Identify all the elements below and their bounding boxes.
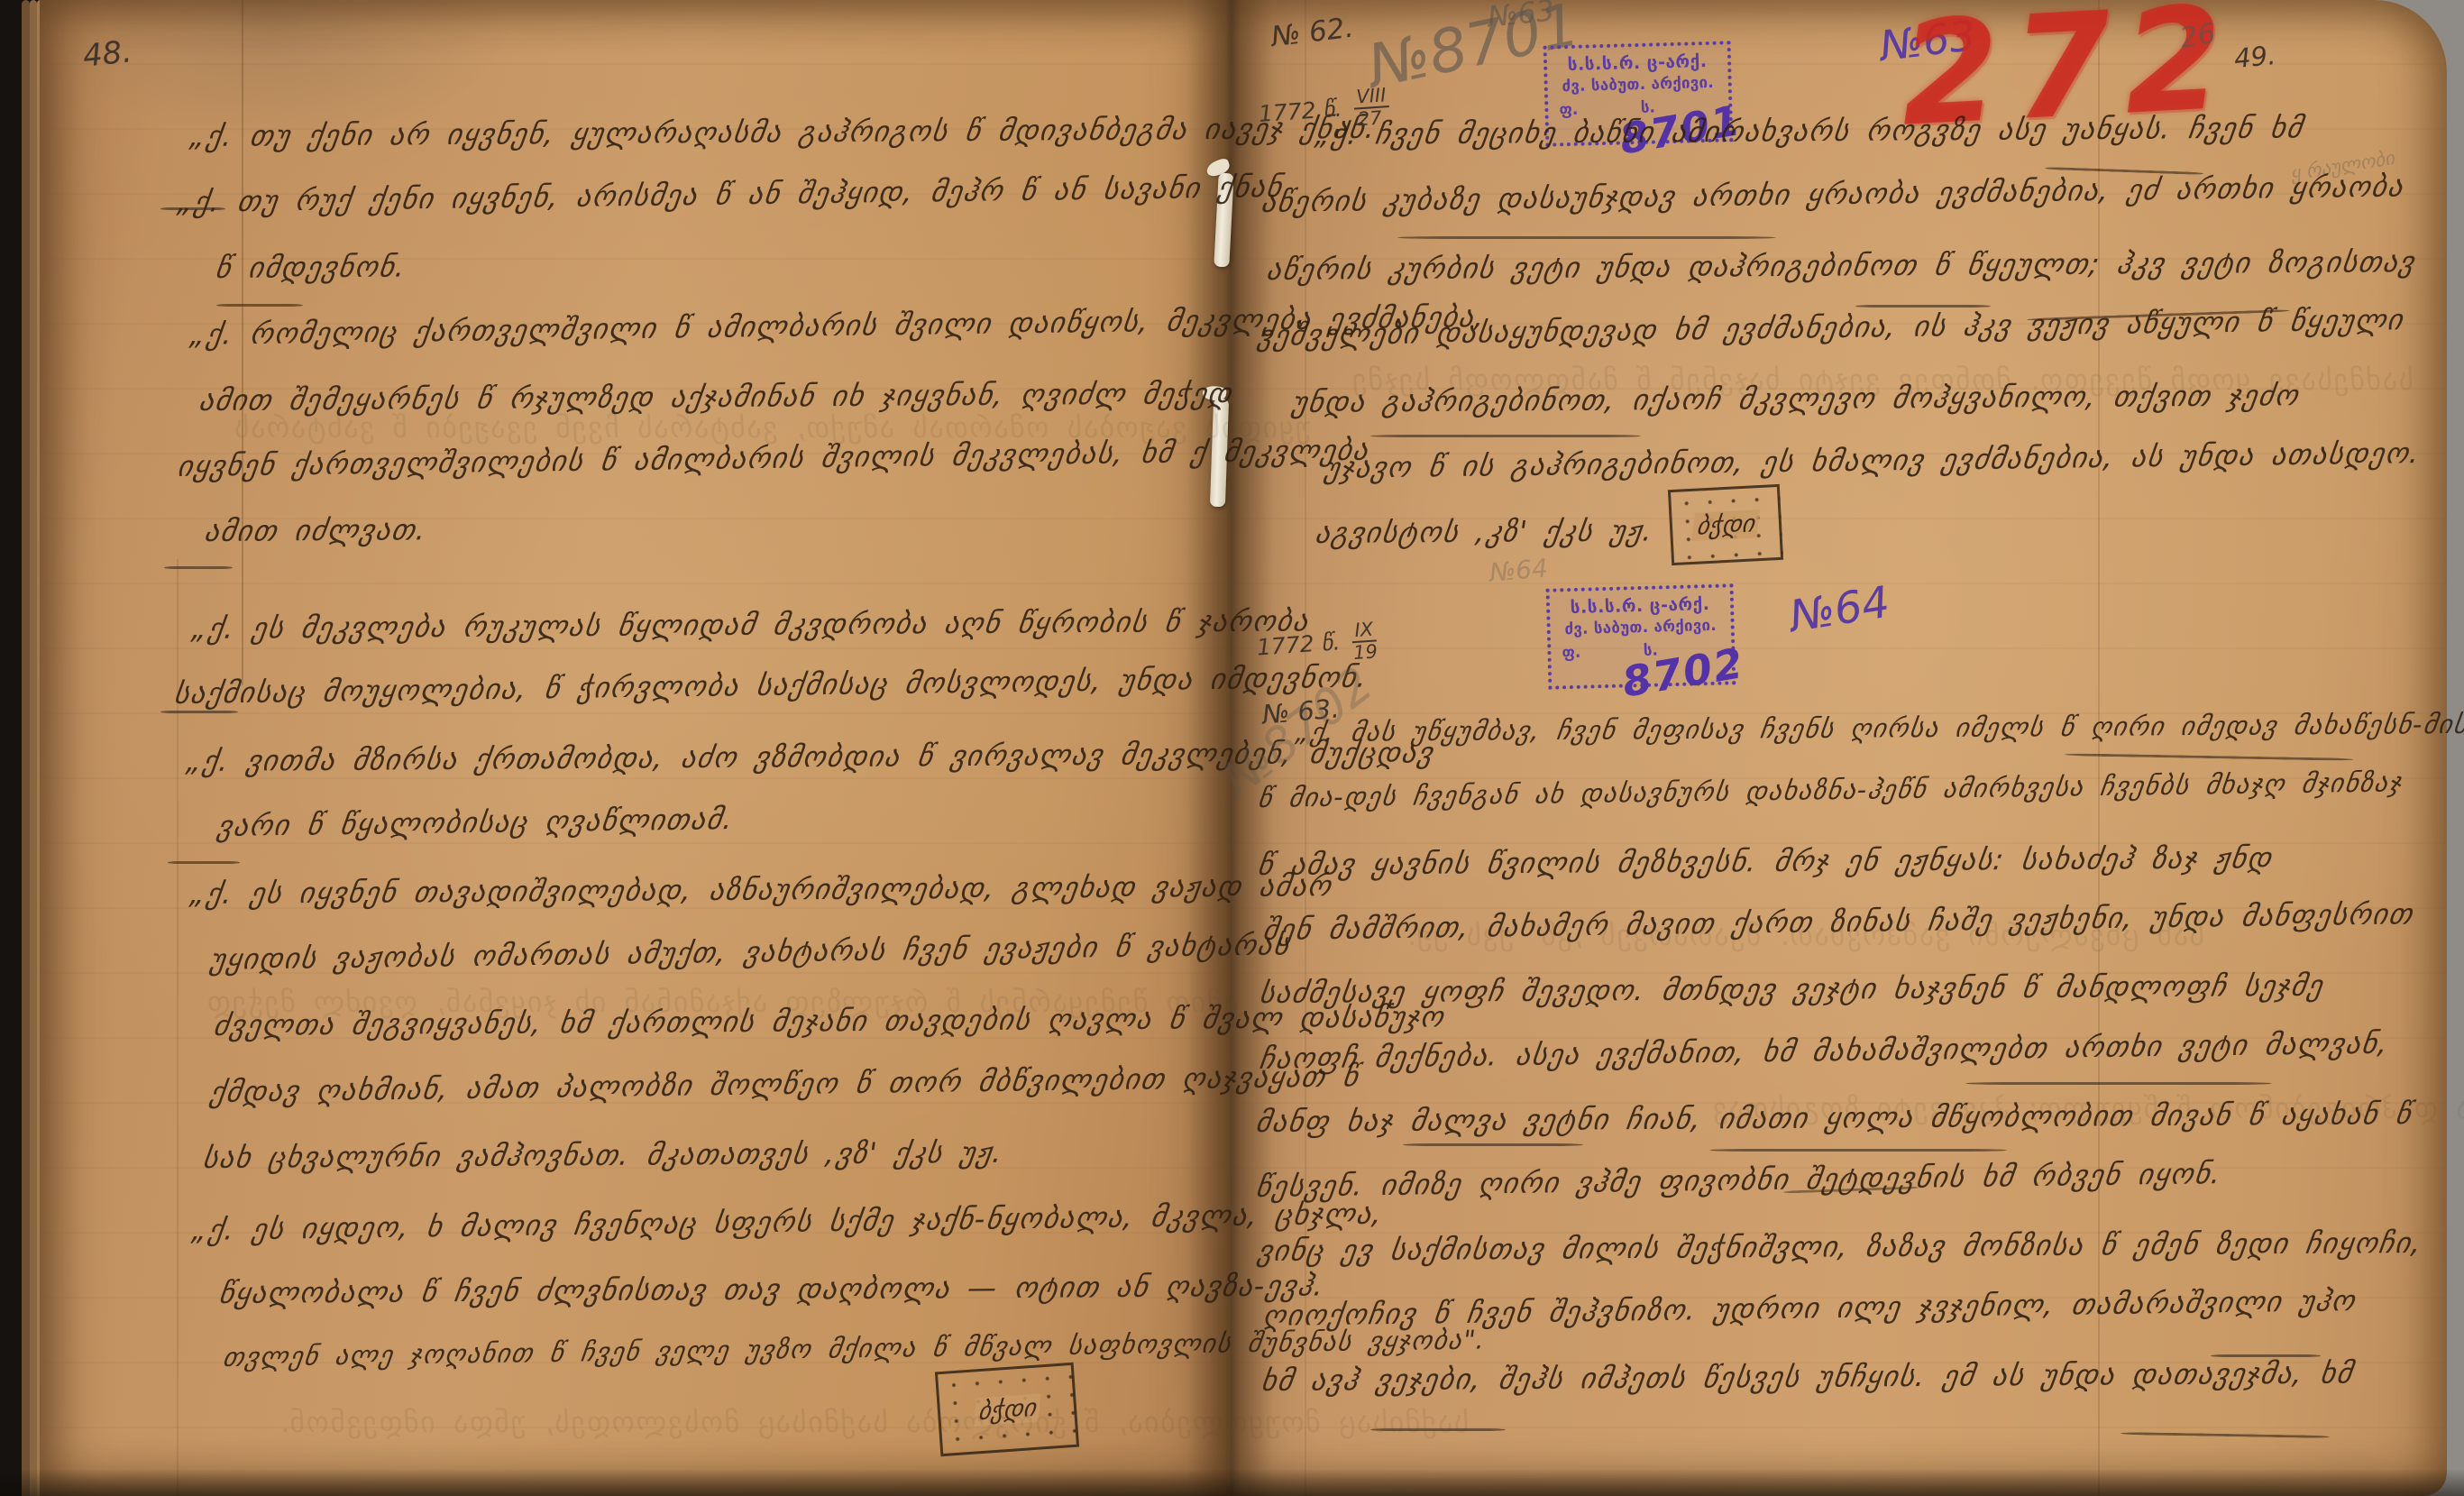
stamp-line1: ს.ს.ს.რ. ც-არქ. bbox=[1553, 51, 1723, 76]
seal-drawing: ბჭდი bbox=[1668, 484, 1783, 565]
handwritten-line: წ იმდევნონ. bbox=[213, 250, 408, 285]
folio-number-pencil: 26 bbox=[2177, 17, 2218, 55]
stamp-line1: ს.ს.ს.რ. ც-არქ. bbox=[1555, 594, 1726, 619]
underline-mark bbox=[1403, 1143, 1583, 1146]
date-month: IX bbox=[1351, 620, 1377, 643]
date-day: 19 bbox=[1352, 641, 1378, 663]
scan-bottom-shadow bbox=[0, 1469, 2464, 1496]
underline-mark bbox=[2211, 1354, 2321, 1357]
handwritten-line: აგვისტოს ,კზ' ქკს უჟ. bbox=[1313, 513, 1656, 550]
date-year: 1772 წ. bbox=[1256, 629, 1341, 660]
seal-label: ბჭდი bbox=[973, 1393, 1040, 1426]
page-number-right: 49. bbox=[2233, 40, 2277, 74]
stamp-fond-label: ფ. bbox=[1562, 644, 1580, 663]
underline-mark bbox=[160, 207, 225, 210]
underline-mark bbox=[168, 861, 240, 864]
seal-label: ბჭდი bbox=[1691, 509, 1760, 540]
underline-mark bbox=[164, 566, 233, 569]
page-number-left: 48. bbox=[81, 33, 133, 74]
seal-drawing: ბჭდი bbox=[935, 1363, 1079, 1457]
folio-number-pencil: №64 bbox=[1488, 553, 1549, 588]
handwritten-line: სახ ცხვალურნი ვამჰოვნათ. მკათათვეს ,ვზ' … bbox=[200, 1135, 1006, 1175]
stamp-line2: ძვ. საბუთ. არქივი. bbox=[1556, 617, 1726, 639]
handwritten-line: ამით იძლვათ. bbox=[202, 512, 429, 548]
underline-mark bbox=[1855, 305, 1991, 307]
handwritten-line: „ქ. ჩვენ მეციხე ბაწნი ამირახვარს როგვზე … bbox=[1313, 110, 2306, 151]
page-edge-strip bbox=[30, 0, 37, 1496]
fold-crease bbox=[2098, 0, 2100, 1496]
underline-mark bbox=[1965, 1082, 2272, 1085]
underline-mark bbox=[160, 711, 238, 713]
stamp-line2: ძვ. საბუთ. არქივი. bbox=[1553, 74, 1723, 96]
underline-mark bbox=[1370, 1428, 1506, 1431]
handwritten-line: უნდა გაჰრიგებინოთ, იქაოჩ მკვლევო მოჰყვან… bbox=[1289, 378, 2302, 419]
date-annotation: 1772 წ. IX 19 bbox=[1256, 620, 1379, 669]
handwritten-line: წ ამავ ყავნის წვილის მეზხვესნ. მრჯ ენ ეჟ… bbox=[1255, 840, 2275, 882]
handwritten-line: ვარი წ წყალობისაც ღვაწლითამ. bbox=[215, 802, 737, 843]
underline-mark bbox=[1397, 236, 1776, 239]
underline-mark bbox=[216, 304, 303, 307]
archive-stamp: ს.ს.ს.რ. ც-არქ. ძვ. საბუთ. არქივი. ფ. ს.… bbox=[1546, 583, 1736, 689]
page-edge-strip bbox=[22, 0, 30, 1496]
underline-mark bbox=[1709, 1149, 2007, 1152]
underline-mark bbox=[1370, 435, 1641, 437]
date-fraction: IX 19 bbox=[1351, 620, 1379, 663]
handwritten-line: ამით შემეყარნეს წ რჯულზედ აქჯამინან იხ ჯ… bbox=[197, 376, 1235, 418]
